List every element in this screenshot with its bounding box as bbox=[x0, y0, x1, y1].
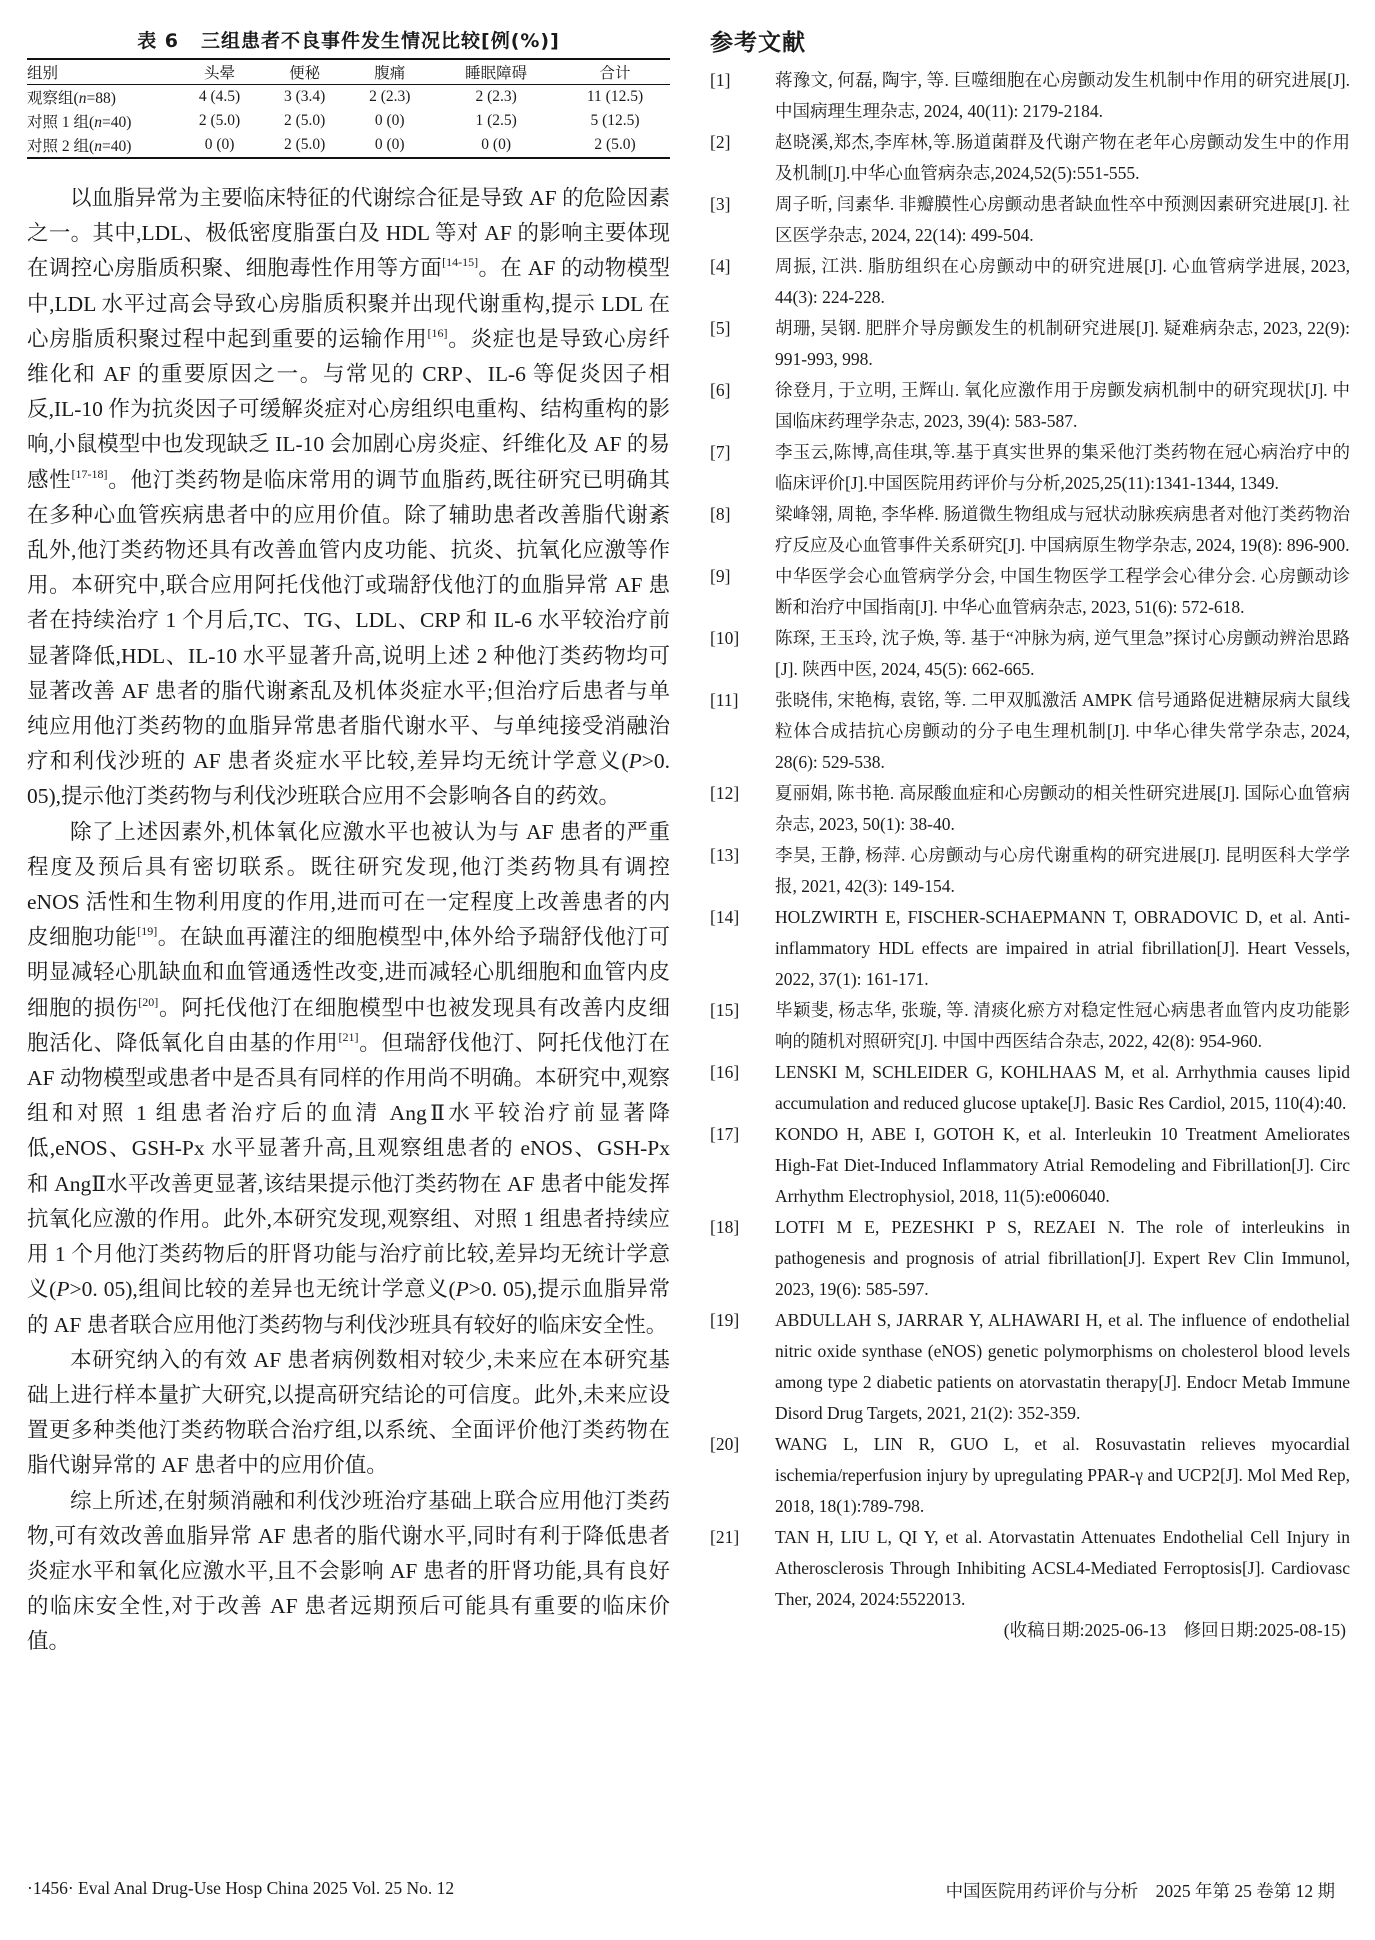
header-group: 组别 bbox=[27, 59, 177, 85]
data-cell: 0 (0) bbox=[347, 109, 432, 133]
reference-item: [2]赵晓溪,郑杰,李库林,等.肠道菌群及代谢产物在老年心房颤动发生中的作用及机… bbox=[710, 127, 1350, 189]
table-header-row: 组别 头晕 便秘 腹痛 睡眠障碍 合计 bbox=[27, 59, 670, 85]
citation[interactable]: [17-18] bbox=[72, 467, 108, 481]
table-row: 观察组(n=88) 4 (4.5) 3 (3.4) 2 (2.3) 2 (2.3… bbox=[27, 85, 670, 110]
citation[interactable]: [19] bbox=[137, 924, 157, 938]
total-cell: 5 (12.5) bbox=[560, 109, 670, 133]
left-column: 表 6三组患者不良事件发生情况比较[例(%)] 组别 头晕 便秘 腹痛 睡眠障碍… bbox=[27, 22, 670, 1660]
reference-item: [7]李玉云,陈博,高佳琪,等.基于真实世界的集采他汀类药物在冠心病治疗中的临床… bbox=[710, 437, 1350, 499]
total-cell: 2 (5.0) bbox=[560, 133, 670, 158]
reference-item: [1]蒋豫文, 何磊, 陶宇, 等. 巨噬细胞在心房颤动发生机制中作用的研究进展… bbox=[710, 65, 1350, 127]
table-number: 表 6 bbox=[137, 30, 179, 52]
reference-item: [15]毕颖斐, 杨志华, 张璇, 等. 清痰化瘀方对稳定性冠心病患者血管内皮功… bbox=[710, 995, 1350, 1057]
reference-item: [20]WANG L, LIN R, GUO L, et al. Rosuvas… bbox=[710, 1429, 1350, 1522]
table-row: 对照 1 组(n=40) 2 (5.0) 2 (5.0) 0 (0) 1 (2.… bbox=[27, 109, 670, 133]
total-cell: 11 (12.5) bbox=[560, 85, 670, 110]
reference-item: [17]KONDO H, ABE I, GOTOH K, et al. Inte… bbox=[710, 1119, 1350, 1212]
data-cell: 0 (0) bbox=[347, 133, 432, 158]
footer-journal-cn: 中国医院用药评价与分析 2025 年第 25 卷第 12 期 bbox=[946, 1878, 1335, 1903]
reference-item: [19]ABDULLAH S, JARRAR Y, ALHAWARI H, et… bbox=[710, 1305, 1350, 1429]
paragraph-limitations: 本研究纳入的有效 AF 患者病例数相对较少,未来应在本研究基础上进行样本量扩大研… bbox=[27, 1343, 670, 1484]
group-cell: 对照 1 组(n=40) bbox=[27, 109, 177, 133]
reference-item: [12]夏丽娟, 陈书艳. 高尿酸血症和心房颤动的相关性研究进展[J]. 国际心… bbox=[710, 778, 1350, 840]
data-cell: 2 (2.3) bbox=[432, 85, 560, 110]
reference-item: [11]张晓伟, 宋艳梅, 袁铭, 等. 二甲双胍激活 AMPK 信号通路促进糖… bbox=[710, 685, 1350, 778]
data-cell: 0 (0) bbox=[432, 133, 560, 158]
reference-item: [8]梁峰翎, 周艳, 李华桦. 肠道微生物组成与冠状动脉疾病患者对他汀类药物治… bbox=[710, 499, 1350, 561]
reference-item: [4]周振, 江洪. 脂肪组织在心房颤动中的研究进展[J]. 心血管病学进展, … bbox=[710, 251, 1350, 313]
discussion-text: 以血脂异常为主要临床特征的代谢综合征是导致 AF 的危险因素之一。其中,LDL、… bbox=[27, 181, 670, 1660]
data-cell: 2 (5.0) bbox=[177, 109, 262, 133]
data-cell: 2 (2.3) bbox=[347, 85, 432, 110]
reference-item: [3]周子昕, 闫素华. 非瓣膜性心房颤动患者缺血性卒中预测因素研究进展[J].… bbox=[710, 189, 1350, 251]
adverse-events-table: 组别 头晕 便秘 腹痛 睡眠障碍 合计 观察组(n=88) 4 (4.5) 3 … bbox=[27, 58, 670, 159]
reference-item: [18]LOTFI M E, PEZESHKI P S, REZAEI N. T… bbox=[710, 1212, 1350, 1305]
group-cell: 观察组(n=88) bbox=[27, 85, 177, 110]
header-sleep-disorder: 睡眠障碍 bbox=[432, 59, 560, 85]
reference-item: [10]陈琛, 王玉玲, 沈子焕, 等. 基于“冲脉为病, 逆气里急”探讨心房颤… bbox=[710, 623, 1350, 685]
header-abdominal-pain: 腹痛 bbox=[347, 59, 432, 85]
data-cell: 1 (2.5) bbox=[432, 109, 560, 133]
reference-list: [1]蒋豫文, 何磊, 陶宇, 等. 巨噬细胞在心房颤动发生机制中作用的研究进展… bbox=[710, 65, 1350, 1615]
received-revised-dates: (收稿日期:2025-06-13 修回日期:2025-08-15) bbox=[710, 1615, 1346, 1646]
citation[interactable]: [14-15] bbox=[442, 255, 478, 269]
reference-item: [13]李昊, 王静, 杨萍. 心房颤动与心房代谢重构的研究进展[J]. 昆明医… bbox=[710, 840, 1350, 902]
header-dizziness: 头晕 bbox=[177, 59, 262, 85]
citation[interactable]: [16] bbox=[427, 326, 447, 340]
paragraph-conclusion: 综上所述,在射频消融和利伐沙班治疗基础上联合应用他汀类药物,可有效改善血脂异常 … bbox=[27, 1484, 670, 1660]
citation[interactable]: [20] bbox=[138, 995, 158, 1009]
reference-item: [9]中华医学会心血管病学分会, 中国生物医学工程学会心律分会. 心房颤动诊断和… bbox=[710, 561, 1350, 623]
reference-item: [14]HOLZWIRTH E, FISCHER-SCHAEPMANN T, O… bbox=[710, 902, 1350, 995]
data-cell: 2 (5.0) bbox=[262, 109, 347, 133]
paragraph-lipid-inflammation: 以血脂异常为主要临床特征的代谢综合征是导致 AF 的危险因素之一。其中,LDL、… bbox=[27, 181, 670, 815]
reference-item: [16]LENSKI M, SCHLEIDER G, KOHLHAAS M, e… bbox=[710, 1057, 1350, 1119]
data-cell: 2 (5.0) bbox=[262, 133, 347, 158]
data-cell: 3 (3.4) bbox=[262, 85, 347, 110]
citation[interactable]: [21] bbox=[339, 1030, 359, 1044]
data-cell: 4 (4.5) bbox=[177, 85, 262, 110]
group-cell: 对照 2 组(n=40) bbox=[27, 133, 177, 158]
references-heading: 参考文献 bbox=[710, 24, 1350, 57]
paragraph-oxidative-stress: 除了上述因素外,机体氧化应激水平也被认为与 AF 患者的严重程度及预后具有密切联… bbox=[27, 815, 670, 1343]
header-constipation: 便秘 bbox=[262, 59, 347, 85]
table-caption: 表 6三组患者不良事件发生情况比较[例(%)] bbox=[27, 26, 670, 53]
footer-page-journal-en: ·1456· Eval Anal Drug-Use Hosp China 202… bbox=[27, 1878, 454, 1899]
header-total: 合计 bbox=[560, 59, 670, 85]
data-cell: 0 (0) bbox=[177, 133, 262, 158]
reference-item: [6]徐登月, 于立明, 王辉山. 氧化应激作用于房颤发病机制中的研究现状[J]… bbox=[710, 375, 1350, 437]
table-title: 三组患者不良事件发生情况比较[例(%)] bbox=[201, 30, 560, 52]
reference-item: [5]胡珊, 吴钢. 肥胖介导房颤发生的机制研究进展[J]. 疑难病杂志, 20… bbox=[710, 313, 1350, 375]
table-row: 对照 2 组(n=40) 0 (0) 2 (5.0) 0 (0) 0 (0) 2… bbox=[27, 133, 670, 158]
right-column: 参考文献 [1]蒋豫文, 何磊, 陶宇, 等. 巨噬细胞在心房颤动发生机制中作用… bbox=[710, 22, 1350, 1646]
reference-item: [21]TAN H, LIU L, QI Y, et al. Atorvasta… bbox=[710, 1522, 1350, 1615]
